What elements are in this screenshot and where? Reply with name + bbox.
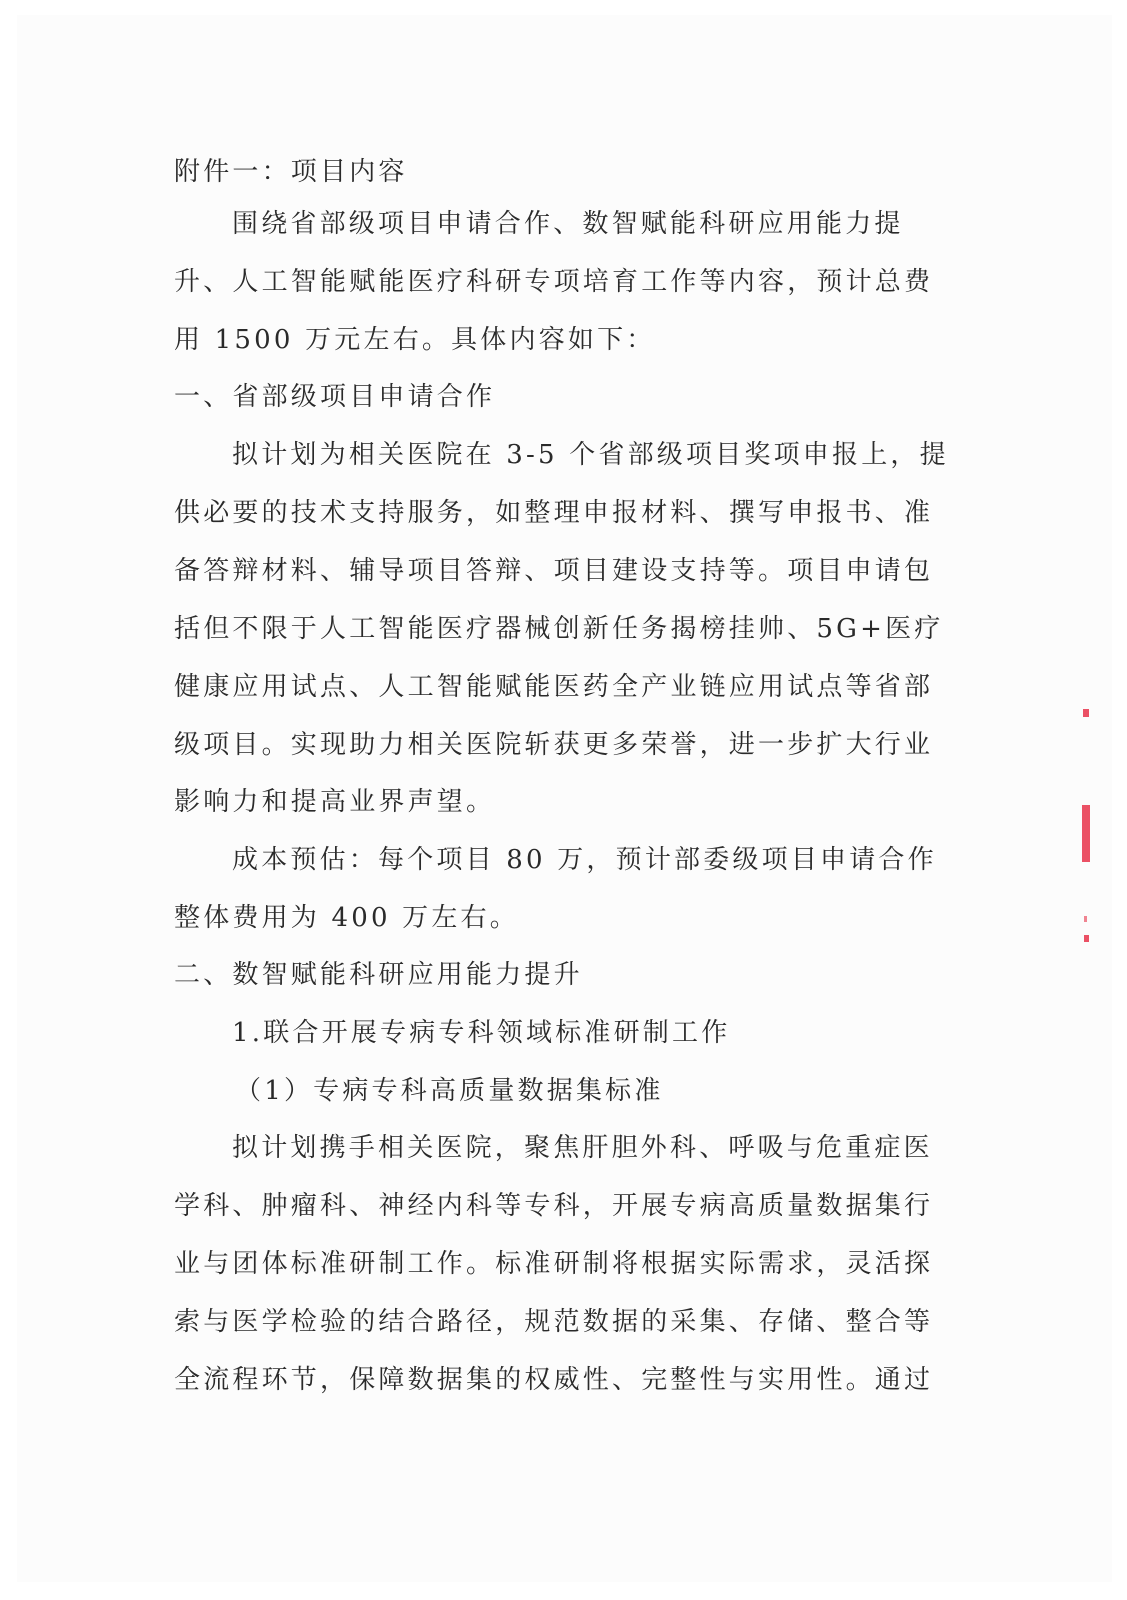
seal-fragment-icon (1083, 709, 1089, 717)
section2-paragraph-line: 索与医学检验的结合路径，规范数据的采集、存储、整合等 (174, 1307, 954, 1337)
cost-estimate-line: 整体费用为 400 万左右。 (174, 903, 954, 933)
section-heading-1: 一、省部级项目申请合作 (174, 382, 954, 412)
section-heading-2: 二、数智赋能科研应用能力提升 (174, 960, 954, 990)
section1-paragraph-line: 供必要的技术支持服务，如整理申报材料、撰写申报书、准 (174, 498, 954, 528)
subsection-heading-1: 1.联合开展专病专科领域标准研制工作 (232, 1018, 1012, 1048)
section1-paragraph-line: 括但不限于人工智能医疗器械创新任务揭榜挂帅、5G+医疗 (174, 614, 954, 644)
section2-paragraph-line: 全流程环节，保障数据集的权威性、完整性与实用性。通过 (174, 1365, 954, 1395)
section2-paragraph-line: 拟计划携手相关医院，聚焦肝胆外科、呼吸与危重症医 (232, 1133, 1012, 1163)
section1-paragraph-line: 备答辩材料、辅导项目答辩、项目建设支持等。项目申请包 (174, 556, 954, 586)
section1-paragraph-line: 拟计划为相关医院在 3-5 个省部级项目奖项申报上，提 (232, 440, 1012, 470)
seal-fragment-icon (1084, 916, 1087, 922)
section1-paragraph-line: 影响力和提高业界声望。 (174, 787, 954, 817)
cost-estimate-line: 成本预估：每个项目 80 万，预计部委级项目申请合作 (232, 845, 1012, 875)
intro-paragraph-line: 升、人工智能赋能医疗科研专项培育工作等内容，预计总费 (174, 267, 954, 297)
section1-paragraph-line: 级项目。实现助力相关医院斩获更多荣誉，进一步扩大行业 (174, 730, 954, 760)
seal-fragment-icon (1084, 935, 1089, 942)
seal-fragment-icon (1082, 805, 1090, 862)
attachment-title: 附件一：项目内容 (174, 157, 954, 187)
section2-paragraph-line: 学科、肿瘤科、神经内科等专科，开展专病高质量数据集行 (174, 1191, 954, 1221)
subsection-heading-1-1: （1）专病专科高质量数据集标准 (235, 1076, 1015, 1106)
section1-paragraph-line: 健康应用试点、人工智能赋能医药全产业链应用试点等省部 (174, 672, 954, 702)
section2-paragraph-line: 业与团体标准研制工作。标准研制将根据实际需求，灵活探 (174, 1249, 954, 1279)
intro-paragraph-line: 用 1500 万元左右。具体内容如下： (174, 325, 954, 355)
intro-paragraph-line: 围绕省部级项目申请合作、数智赋能科研应用能力提 (232, 209, 1012, 239)
